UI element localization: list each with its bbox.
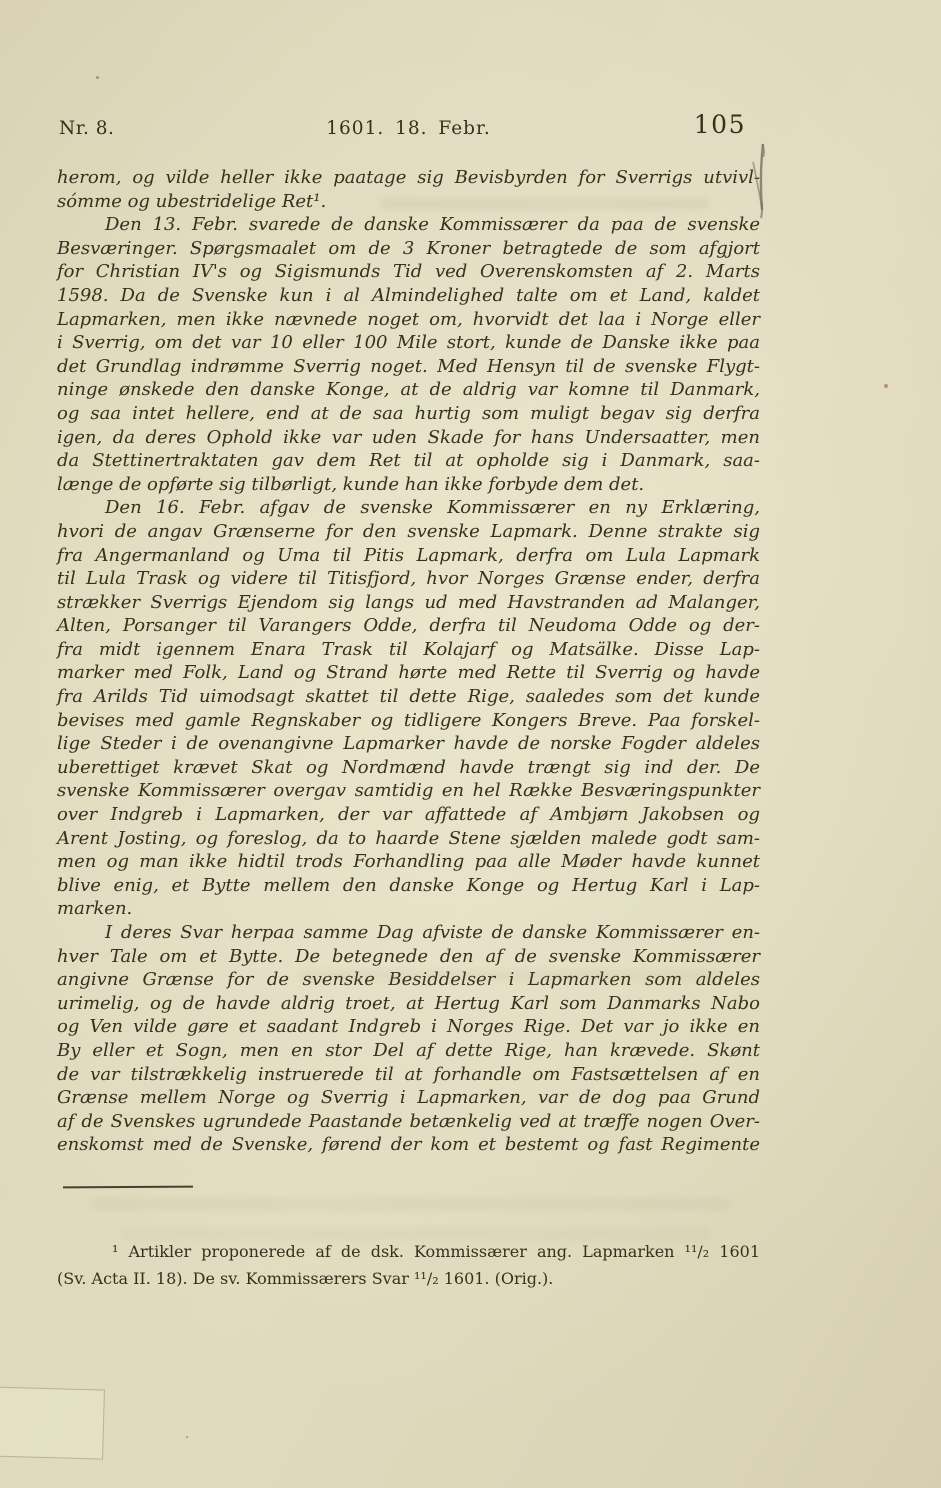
text-line: længe de opførte sig tilbørligt, kunde h… <box>57 473 760 497</box>
text-line: men og man ikke hidtil trods Forhandling… <box>57 850 760 874</box>
text-line: By eller et Sogn, men en stor Del af det… <box>57 1039 760 1063</box>
text-line: lige Steder i de ovenangivne Lapmarker h… <box>57 732 760 756</box>
ink-speck <box>186 1436 188 1438</box>
ink-speck <box>884 384 888 388</box>
footnote: ¹ Artikler proponerede af de dsk. Kommis… <box>57 1238 760 1292</box>
text-line: det Grundlag indrømme Sverrig noget. Med… <box>57 355 760 379</box>
text-line: og saa intet hellere, end at de saa hurt… <box>57 402 760 426</box>
text-line: de var tilstrækkelig instruerede til at … <box>57 1063 760 1087</box>
text-line: fra midt igennem Enara Trask til Kolajar… <box>57 638 760 662</box>
text-line: marker med Folk, Land og Strand hørte me… <box>57 661 760 685</box>
text-line: strækker Sverrigs Ejendom sig langs ud m… <box>57 591 760 615</box>
text-line: I deres Svar herpaa samme Dag afviste de… <box>57 921 760 945</box>
text-line: for Christian IV's og Sigismunds Tid ved… <box>57 260 760 284</box>
text-line: ninge ønskede den danske Konge, at de al… <box>57 378 760 402</box>
paper-edge-artifact <box>0 1386 105 1459</box>
pen-mark-icon <box>748 140 776 220</box>
text-line: i Sverrig, om det var 10 eller 100 Mile … <box>57 331 760 355</box>
text-line: Besværinger. Spørgsmaalet om de 3 Kroner… <box>57 237 760 261</box>
text-line: blive enig, et Bytte mellem den danske K… <box>57 874 760 898</box>
body-text: herom, og vilde heller ikke paatage sig … <box>57 166 760 1157</box>
text-line: urimelig, og de havde aldrig troet, at H… <box>57 992 760 1016</box>
text-line: Arent Josting, og foreslog, da to haarde… <box>57 827 760 851</box>
text-line: Alten, Porsanger til Varangers Odde, der… <box>57 614 760 638</box>
text-line: fra Arilds Tid uimodsagt skattet til det… <box>57 685 760 709</box>
showthrough-artifact <box>90 1198 730 1210</box>
page-number: 105 <box>694 110 746 139</box>
text-line: hver Tale om et Bytte. De betegnede den … <box>57 945 760 969</box>
header-date: 1601. 18. Febr. <box>57 118 760 139</box>
ink-speck <box>96 76 99 79</box>
text-line: Den 13. Febr. svarede de danske Kommissæ… <box>57 213 760 237</box>
text-line: 1598. Da de Svenske kun i al Almindeligh… <box>57 284 760 308</box>
text-line: marken. <box>57 897 760 921</box>
showthrough-artifact <box>380 198 710 209</box>
text-line: da Stettinertraktaten gav dem Ret til at… <box>57 449 760 473</box>
text-line: igen, da deres Ophold ikke var uden Skad… <box>57 426 760 450</box>
text-line: Lapmarken, men ikke nævnede noget om, hv… <box>57 308 760 332</box>
text-line: af de Svenskes ugrundede Paastande betæn… <box>57 1110 760 1134</box>
text-line: bevises med gamle Regnskaber og tidliger… <box>57 709 760 733</box>
text-line: enskomst med de Svenske, førend der kom … <box>57 1133 760 1157</box>
showthrough-artifact <box>120 1228 710 1240</box>
footnote-separator <box>63 1186 193 1189</box>
text-line: og Ven vilde gøre et saadant Indgreb i N… <box>57 1015 760 1039</box>
showthrough-artifact <box>300 970 720 981</box>
page-header: Nr. 8. 1601. 18. Febr. 105 <box>57 114 760 148</box>
text-line: hvori de angav Grænserne for den svenske… <box>57 520 760 544</box>
text-line: fra Angermanland og Uma til Pitis Lapmar… <box>57 544 760 568</box>
text-line: Den 16. Febr. afgav de svenske Kommissær… <box>57 496 760 520</box>
text-line: svenske Kommissærer overgav samtidig en … <box>57 779 760 803</box>
book-page: Nr. 8. 1601. 18. Febr. 105 herom, og vil… <box>0 0 941 1488</box>
text-line: Grænse mellem Norge og Sverrig i Lapmark… <box>57 1086 760 1110</box>
text-line: uberettiget krævet Skat og Nordmænd havd… <box>57 756 760 780</box>
text-line: herom, og vilde heller ikke paatage sig … <box>57 166 760 190</box>
text-line: over Indgreb i Lapmarken, der var affatt… <box>57 803 760 827</box>
text-line: (Sv. Acta II. 18). De sv. Kommissærers S… <box>57 1265 760 1292</box>
text-line: til Lula Trask og videre til Titisfjord,… <box>57 567 760 591</box>
text-line: ¹ Artikler proponerede af de dsk. Kommis… <box>57 1238 760 1265</box>
